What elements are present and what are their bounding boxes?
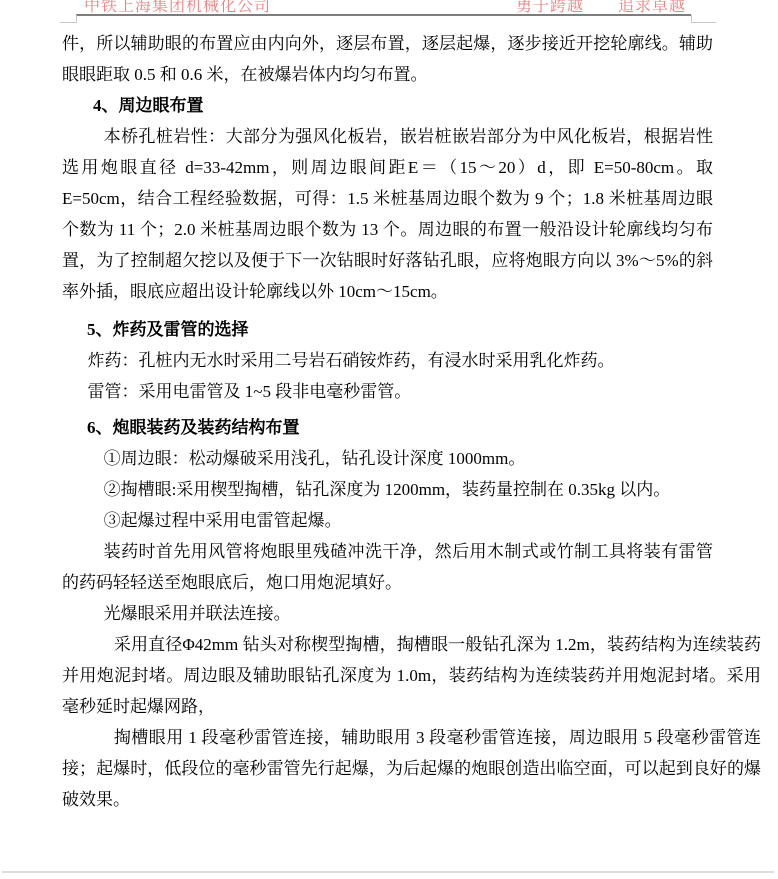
- paragraph-auxiliary-holes: 件，所以辅助眼的布置应由内向外，逐层布置，逐层起爆，逐步接近开挖轮廓线。辅助眼眼…: [62, 28, 713, 90]
- section-heading-5: 5、炸药及雷管的选择: [62, 314, 713, 345]
- page-header: 中铁上海集团机械化公司 勇于跨越 追求卓越: [0, 0, 778, 14]
- paragraph-smooth-blasting: 光爆眼采用并联法连接。: [62, 598, 713, 629]
- paragraph-item-2: ②掏槽眼:采用楔型掏槽，钻孔深度为 1200mm，装药量控制在 0.35kg 以…: [62, 474, 713, 505]
- paragraph-explosive: 炸药：孔桩内无水时采用二号岩石硝铵炸药，有浸水时采用乳化炸药。: [62, 345, 713, 376]
- paragraph-detonator-stages: 掏槽眼用 1 段毫秒雷管连接，辅助眼用 3 段毫秒雷管连接，周边眼用 5 段毫秒…: [62, 722, 761, 815]
- paragraph-drill-structure: 采用直径Φ42mm 钻头对称楔型掏槽，掏槽眼一般钻孔深为 1.2m，装药结构为连…: [62, 629, 761, 722]
- paragraph-item-3: ③起爆过程中采用电雷管起爆。: [62, 505, 713, 536]
- header-slogan: 勇于跨越 追求卓越: [516, 0, 686, 14]
- section-heading-6: 6、炮眼装药及装药结构布置: [62, 412, 713, 443]
- section-heading-4: 4、周边眼布置: [62, 90, 713, 121]
- header-rule: [76, 14, 691, 16]
- paragraph-item-1: ①周边眼：松动爆破采用浅孔，钻孔设计深度 1000mm。: [62, 443, 713, 474]
- company-name: 中铁上海集团机械化公司: [84, 0, 271, 14]
- document-body: 件，所以辅助眼的布置应由内向外，逐层布置，逐层起爆，逐步接近开挖轮廓线。辅助眼眼…: [62, 23, 713, 815]
- document-page: 中铁上海集团机械化公司 勇于跨越 追求卓越 件，所以辅助眼的布置应由内向外，逐层…: [0, 0, 778, 879]
- footer-rule: [2, 871, 774, 873]
- paragraph-perimeter-holes: 本桥孔桩岩性：大部分为强风化板岩，嵌岩桩嵌岩部分为中风化板岩，根据岩性选用炮眼直…: [62, 121, 713, 307]
- paragraph-charging: 装药时首先用风管将炮眼里残碴冲洗干净，然后用木制式或竹制工具将装有雷管的药码轻轻…: [62, 536, 713, 598]
- paragraph-detonator: 雷管：采用电雷管及 1~5 段非电毫秒雷管。: [62, 376, 713, 407]
